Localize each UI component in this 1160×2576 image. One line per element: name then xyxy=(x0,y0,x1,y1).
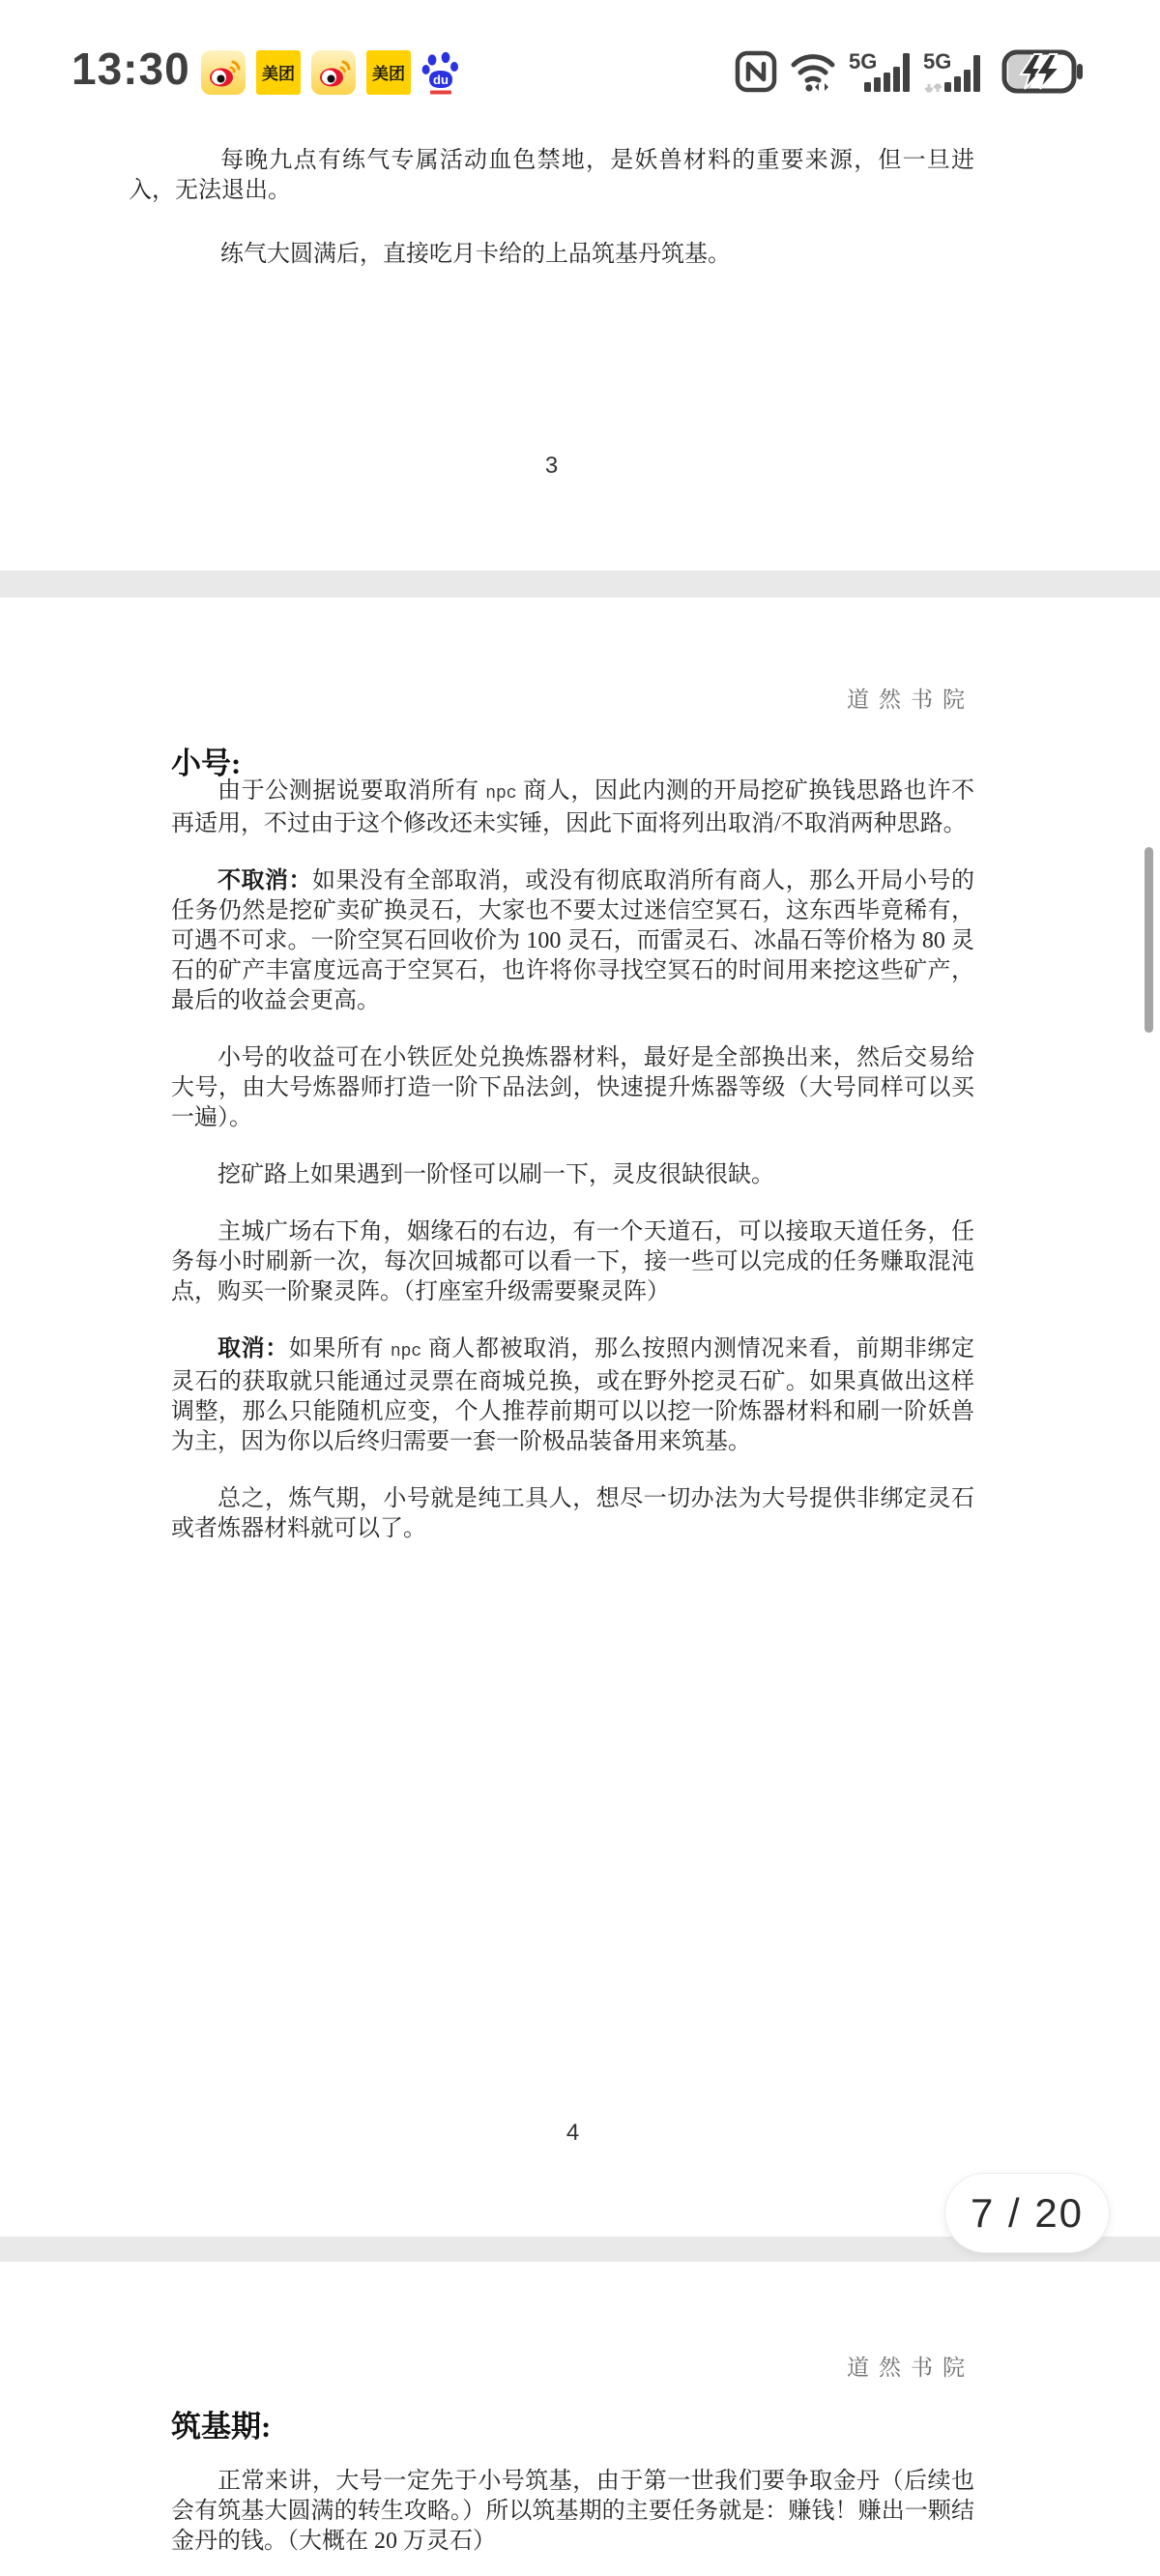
svg-text:du: du xyxy=(433,73,449,87)
svg-text:美团: 美团 xyxy=(262,64,295,83)
weibo-icon xyxy=(311,50,356,95)
notification-icons: 美团 美团 du xyxy=(201,50,460,95)
status-bar: 13:30 美团 美团 xyxy=(0,0,1160,106)
page-number-4: 4 xyxy=(171,2120,974,2147)
meituan-icon: 美团 xyxy=(256,50,301,95)
paragraph: 挖矿路上如果遇到一阶怪可以刷一下，灵皮很缺很缺。 xyxy=(171,1160,974,1190)
status-indicators: 5G 5G xyxy=(735,48,1085,95)
doc-page-4-content: 由于公测据说要取消所有 npc 商人，因此内测的开局挖矿换钱思路也许不再适用，不… xyxy=(171,776,974,1571)
baidu-icon: du xyxy=(421,50,460,95)
clock: 13:30 xyxy=(72,43,190,95)
scrollbar-thumb[interactable] xyxy=(1145,847,1153,1033)
document-viewer[interactable]: 每晚九点有练气专属活动血色禁地，是妖兽材料的重要来源，但一旦进入，无法退出。 练… xyxy=(0,106,1160,2576)
doc-page-3-content: 每晚九点有练气专属活动血色禁地，是妖兽材料的重要来源，但一旦进入，无法退出。 练… xyxy=(129,146,974,270)
paragraph: 不取消：如果没有全部取消，或没有彻底取消所有商人，那么开局小号的任务仍然是挖矿卖… xyxy=(171,866,974,1016)
wifi-icon xyxy=(790,49,836,94)
signal-5g-sim2-icon: 5G xyxy=(923,49,989,94)
meituan-icon: 美团 xyxy=(366,50,411,95)
paragraph: 每晚九点有练气专属活动血色禁地，是妖兽材料的重要来源，但一旦进入，无法退出。 xyxy=(129,146,974,206)
weibo-icon xyxy=(201,50,246,95)
paragraph: 由于公测据说要取消所有 npc 商人，因此内测的开局挖矿换钱思路也许不再适用，不… xyxy=(171,776,974,839)
page-indicator-pill[interactable]: 7 / 20 xyxy=(944,2173,1110,2253)
paragraph: 主城广场右下角，姻缘石的右边，有一个天道石，可以接取天道任务，任务每小时刷新一次… xyxy=(171,1217,974,1307)
nfc-icon xyxy=(735,49,777,94)
page-indicator-label: 7 / 20 xyxy=(971,2190,1084,2237)
section-heading-zhujiqi: 筑基期: xyxy=(171,2402,271,2445)
doc-page-5-content: 正常来讲，大号一定先于小号筑基，由于第一世我们要争取金丹（后续也会有筑基大圆满的… xyxy=(171,2467,974,2557)
sim1-network-label: 5G xyxy=(849,49,877,73)
paragraph: 正常来讲，大号一定先于小号筑基，由于第一世我们要争取金丹（后续也会有筑基大圆满的… xyxy=(171,2467,974,2557)
svg-text:美团: 美团 xyxy=(372,64,405,83)
academy-header: 道然书院 xyxy=(171,2350,974,2382)
paragraph: 小号的收益可在小铁匠处兑换炼器材料，最好是全部换出来，然后交易给大号，由大号炼器… xyxy=(171,1043,974,1133)
battery-charging-icon xyxy=(1001,48,1085,95)
paragraph: 练气大圆满后，直接吃月卡给的上品筑基丹筑基。 xyxy=(129,240,974,270)
signal-5g-sim1-icon: 5G xyxy=(849,49,911,94)
sim2-network-label: 5G xyxy=(923,49,951,73)
page-number-3: 3 xyxy=(129,453,974,480)
paragraph: 总之，炼气期，小号就是纯工具人，想尽一切办法为大号提供非绑定灵石或者炼器材料就可… xyxy=(171,1484,974,1544)
page-separator xyxy=(0,571,1160,598)
academy-header: 道然书院 xyxy=(171,682,974,714)
paragraph: 取消：如果所有 npc 商人都被取消，那么按照内测情况来看，前期非绑定灵石的获取… xyxy=(171,1334,974,1457)
